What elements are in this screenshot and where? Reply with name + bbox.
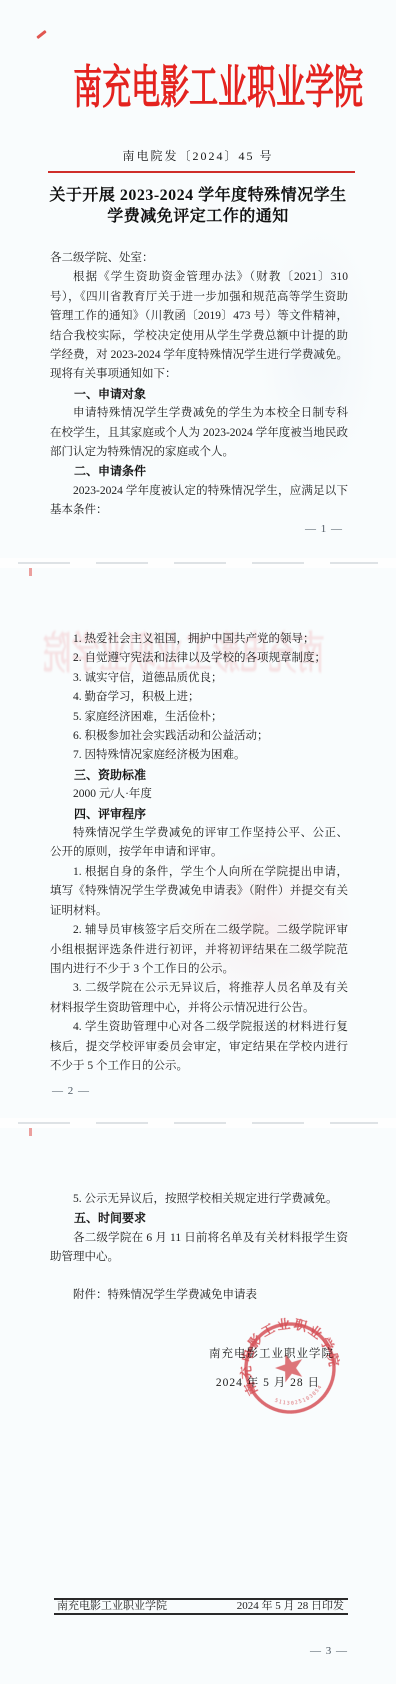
condition-item: 1. 热爱社会主义祖国，拥护中国共产党的领导； xyxy=(50,630,348,649)
scanned-official-notice: 南充电影工业职业学院 南电院发〔2024〕45 号 关于开展 2023-2024… xyxy=(0,0,396,1684)
paragraph-basis: 根据《学生资助资金管理办法》（财教〔2021〕310 号），《四川省教育厅关于进… xyxy=(50,268,348,384)
condition-item: 5. 家庭经济困难，生活俭朴； xyxy=(50,708,348,727)
seal-serial-number: 5113025103054 xyxy=(272,1383,327,1413)
procedure-intro: 特殊情况学生学费减免的评审工作坚持公平、公正、公开的原则，按学年申请和评审。 xyxy=(50,824,348,863)
red-pen-tick-mark xyxy=(36,30,47,39)
page1-body: 各二级学院、处室： 根据《学生资助资金管理办法》（财教〔2021〕310 号），… xyxy=(0,249,396,521)
notice-title: 关于开展 2023-2024 学年度特殊情况学生 学费减免评定工作的通知 xyxy=(0,185,396,227)
imprint-row: 南充电影工业职业学院 2024 年 5 月 28 日印发 xyxy=(57,1599,344,1613)
seal-arc-text: 南充电影工业职业学院 xyxy=(227,1305,344,1398)
page3-body: 5. 公示无异议后，按照学校相关规定进行学费减免。 五、时间要求 各二级学院在 … xyxy=(0,1128,396,1305)
imprint-org: 南充电影工业职业学院 xyxy=(57,1599,167,1613)
procedure-step: 3. 二级学院在公示无异议后，将推荐人员名单及有关材料报学生资助管理中心，并将公… xyxy=(50,979,348,1018)
page-2: 南充电影工业职业学院 1. 热爱社会主义祖国，拥护中国共产党的领导； 2. 自觉… xyxy=(0,568,396,1118)
svg-text:5113025103054: 5113025103054 xyxy=(272,1383,327,1413)
paragraph-time-requirement: 各二级学院在 6 月 11 日前将名单及有关材料报学生资助管理中心。 xyxy=(50,1229,348,1268)
procedure-step: 2. 辅导员审核签字后交所在二级学院。二级学院评审小组根据评选条件进行初评，并将… xyxy=(50,921,348,979)
notice-title-line1: 关于开展 2023-2024 学年度特殊情况学生 xyxy=(0,185,396,206)
procedure-step-5: 5. 公示无异议后，按照学校相关规定进行学费减免。 xyxy=(50,1190,348,1209)
condition-item: 7. 因特殊情况家庭经济极为困难。 xyxy=(50,746,348,765)
page-break-strip xyxy=(0,558,396,568)
procedure-step: 1. 根据自身的条件，学生个人向所在学院提出申请，填写《特殊情况学生学费减免申请… xyxy=(50,863,348,921)
funding-standard-value: 2000 元/人·年度 xyxy=(50,785,348,804)
section-heading-time: 五、时间要求 xyxy=(50,1209,348,1228)
paragraph-application-object: 申请特殊情况学生学费减免的学生为本校全日制专科在校学生，且其家庭或个人为 202… xyxy=(50,404,348,462)
page-number-3: — 3 — xyxy=(310,1645,348,1657)
svg-text:南充电影工业职业学院: 南充电影工业职业学院 xyxy=(227,1305,344,1398)
page-break-strip xyxy=(0,1118,396,1128)
condition-item: 2. 自觉遵守宪法和法律以及学校的各项规章制度； xyxy=(50,649,348,668)
section-heading-procedure: 四、评审程序 xyxy=(50,805,348,824)
letterhead-college-name: 南充电影工业职业学院 xyxy=(73,62,322,114)
seal-star-icon xyxy=(272,1349,308,1384)
official-red-seal: 南充电影工业职业学院 5113025103054 xyxy=(227,1305,353,1431)
page-number-2: — 2 — xyxy=(52,1085,90,1097)
section-heading-application-condition: 二、申请条件 xyxy=(50,462,348,481)
document-number: 南电院发〔2024〕45 号 xyxy=(0,148,396,164)
attachment-note: 附件：特殊情况学生学费减免申请表 xyxy=(50,1286,348,1305)
page-3: 5. 公示无异议后，按照学校相关规定进行学费减免。 五、时间要求 各二级学院在 … xyxy=(0,1128,396,1684)
red-separator-rule xyxy=(48,171,355,173)
page-1: 南充电影工业职业学院 南电院发〔2024〕45 号 关于开展 2023-2024… xyxy=(0,0,396,558)
section-heading-application-object: 一、申请对象 xyxy=(50,385,348,404)
paragraph-application-condition: 2023-2024 学年度被认定的特殊情况学生，应满足以下基本条件： xyxy=(50,482,348,521)
condition-item: 6. 积极参加社会实践活动和公益活动； xyxy=(50,727,348,746)
condition-item: 4. 勤奋学习，积极上进； xyxy=(50,688,348,707)
salutation: 各二级学院、处室： xyxy=(50,249,348,268)
notice-title-line2: 学费减免评定工作的通知 xyxy=(0,206,396,227)
imprint-print-date: 2024 年 5 月 28 日印发 xyxy=(237,1599,344,1613)
procedure-step: 4. 学生资助管理中心对各二级学院报送的材料进行复核后，提交学校评审委员会审定，… xyxy=(50,1018,348,1076)
footer-bottom-rule xyxy=(54,1613,348,1615)
page-number-1: — 1 — xyxy=(305,523,343,535)
page2-body: 1. 热爱社会主义祖国，拥护中国共产党的领导； 2. 自觉遵守宪法和法律以及学校… xyxy=(0,568,396,1076)
condition-item: 3. 诚实守信，道德品质优良； xyxy=(50,669,348,688)
section-heading-standard: 三、资助标准 xyxy=(50,766,348,785)
